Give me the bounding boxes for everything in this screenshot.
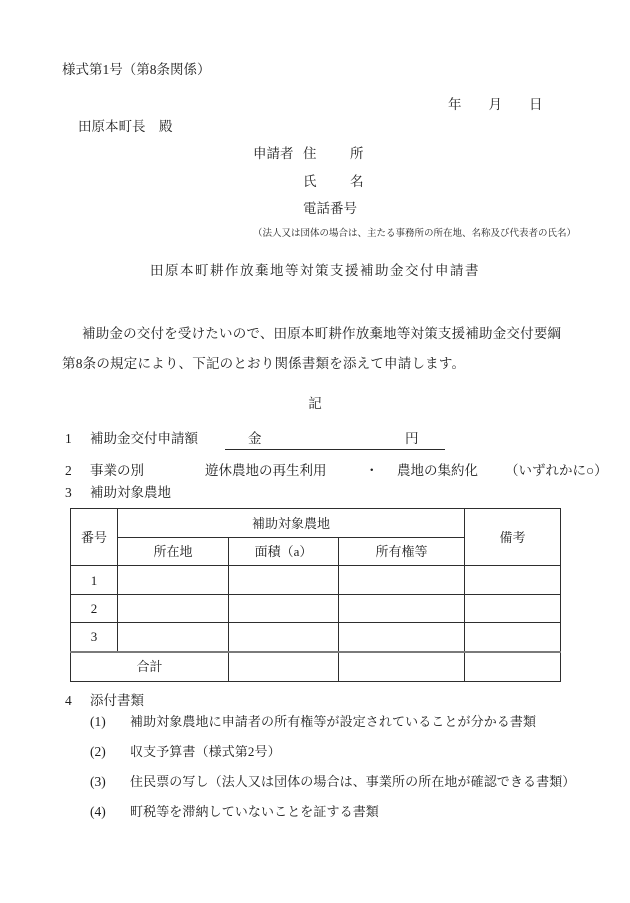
area-cell xyxy=(229,595,339,623)
table-row: 3 xyxy=(71,623,561,652)
col-header-ownership: 所有権等 xyxy=(339,538,465,566)
row-number-cell: 2 xyxy=(71,595,118,623)
attachment-item: (3) 住民票の写し（法人又は団体の場合は、事業所の所在地が確認できる書類） xyxy=(0,775,630,795)
attachment-item: (1) 補助対象農地に申請者の所有権等が設定されていることが分かる書類 xyxy=(0,715,630,735)
item-business-type-number: 2 xyxy=(65,464,72,478)
attachment-number: (3) xyxy=(90,775,106,789)
attachment-item: (2) 収支予算書（様式第2号） xyxy=(0,745,630,765)
applicant-address-char1: 住 xyxy=(303,147,317,161)
remarks-cell xyxy=(465,566,561,595)
business-option-1: 遊休農地の再生利用 xyxy=(205,464,327,478)
year-label: 年 xyxy=(448,98,462,112)
item-target-farmland-number: 3 xyxy=(65,486,72,500)
attachment-text: 収支予算書（様式第2号） xyxy=(130,745,281,758)
applicant-label: 申請者 xyxy=(253,147,294,161)
currency-suffix: 円 xyxy=(405,432,419,446)
attachment-text: 町税等を滞納していないことを証する書類 xyxy=(130,805,379,818)
form-number: 様式第1号（第8条関係） xyxy=(62,63,211,77)
location-cell xyxy=(118,566,229,595)
business-option-separator: ・ xyxy=(365,464,379,478)
item-amount: 1 補助金交付申請額 金 円 xyxy=(0,432,630,454)
ownership-cell xyxy=(339,595,465,623)
item-attachments: 4 添付書類 xyxy=(0,694,630,716)
addressee: 田原本町長 殿 xyxy=(78,120,173,134)
application-form-page: 様式第1号（第8条関係） 年 月 日 田原本町長 殿 申請者 住 所 氏 名 電… xyxy=(0,0,630,903)
attachment-number: (1) xyxy=(90,715,106,729)
item-business-type-label: 事業の別 xyxy=(90,464,144,478)
body-paragraph-line1: 補助金の交付を受けたいので、田原本町耕作放棄地等対策支援補助金交付要綱 xyxy=(82,327,561,341)
applicant-address-char2: 所 xyxy=(350,147,364,161)
applicant-name-char2: 名 xyxy=(350,175,364,189)
remarks-cell xyxy=(465,595,561,623)
item-amount-number: 1 xyxy=(65,432,72,446)
month-label: 月 xyxy=(489,98,503,112)
item-amount-label: 補助金交付申請額 xyxy=(90,432,198,446)
total-remarks-cell xyxy=(465,652,561,682)
applicant-name-char1: 氏 xyxy=(303,175,317,189)
farmland-table: 番号 補助対象農地 備考 所在地 面積（a） 所有権等 1 2 3 xyxy=(70,508,561,682)
body-paragraph-line2: 第8条の規定により、下記のとおり関係書類を添えて申請します。 xyxy=(62,357,465,371)
row-number-cell: 1 xyxy=(71,566,118,595)
table-row: 2 xyxy=(71,595,561,623)
col-header-remarks: 備考 xyxy=(465,509,561,566)
document-title: 田原本町耕作放棄地等対策支援補助金交付申請書 xyxy=(0,264,630,278)
item-target-farmland-label: 補助対象農地 xyxy=(90,486,171,500)
attachment-number: (4) xyxy=(90,805,106,819)
col-header-location: 所在地 xyxy=(118,538,229,566)
total-area-cell xyxy=(229,652,339,682)
col-header-number: 番号 xyxy=(71,509,118,566)
location-cell xyxy=(118,623,229,652)
business-option-instruction: （いずれかに○） xyxy=(505,464,608,478)
row-number-cell: 3 xyxy=(71,623,118,652)
day-label: 日 xyxy=(529,98,543,112)
col-header-group: 補助対象農地 xyxy=(118,509,465,538)
business-option-2: 農地の集約化 xyxy=(397,464,478,478)
item-business-type: 2 事業の別 遊休農地の再生利用 ・ 農地の集約化 （いずれかに○） xyxy=(0,464,630,486)
total-ownership-cell xyxy=(339,652,465,682)
area-cell xyxy=(229,566,339,595)
attachment-text: 住民票の写し（法人又は団体の場合は、事業所の所在地が確認できる書類） xyxy=(130,775,575,788)
col-header-area: 面積（a） xyxy=(229,538,339,566)
item-target-farmland: 3 補助対象農地 xyxy=(0,486,630,508)
area-cell xyxy=(229,623,339,652)
total-label-cell: 合計 xyxy=(71,652,229,682)
item-attachments-number: 4 xyxy=(65,694,72,708)
corporate-note: （法人又は団体の場合は、主たる事務所の所在地、名称及び代表者の氏名） xyxy=(253,230,576,240)
ownership-cell xyxy=(339,566,465,595)
currency-prefix: 金 xyxy=(248,432,262,446)
table-total-row: 合計 xyxy=(71,652,561,682)
attachment-text: 補助対象農地に申請者の所有権等が設定されていることが分かる書類 xyxy=(130,715,536,728)
table-row: 1 xyxy=(71,566,561,595)
date-line: 年 月 日 xyxy=(448,98,543,112)
location-cell xyxy=(118,595,229,623)
amount-fill-in-field: 金 円 xyxy=(225,429,445,450)
attachment-number: (2) xyxy=(90,745,106,759)
applicant-phone-label: 電話番号 xyxy=(303,202,357,216)
record-marker: 記 xyxy=(0,397,630,411)
ownership-cell xyxy=(339,623,465,652)
attachment-item: (4) 町税等を滞納していないことを証する書類 xyxy=(0,805,630,825)
item-attachments-label: 添付書類 xyxy=(90,694,144,708)
remarks-cell xyxy=(465,623,561,652)
